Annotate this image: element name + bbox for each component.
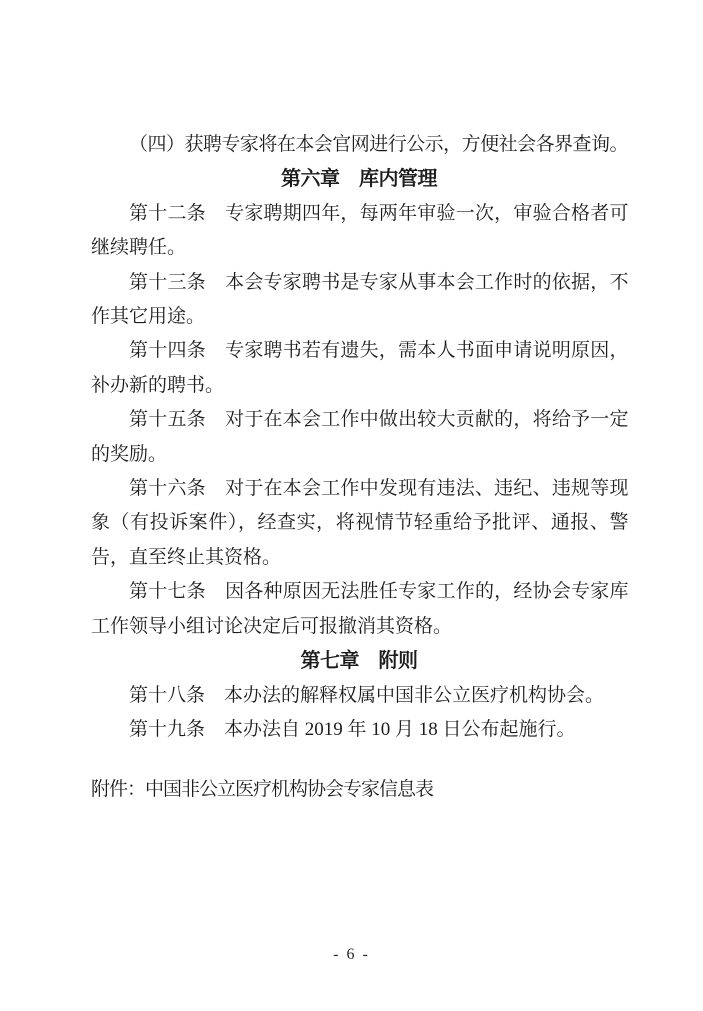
article-14-line-1: 第十四条 专家聘书若有遗失，需本人书面申请说明原因， [91, 334, 627, 368]
article-19-line: 第十九条 本办法自 2019 年 10 月 18 日公布起施行。 [91, 713, 627, 747]
article-15-line-2: 的奖励。 [91, 438, 627, 472]
article-17-line-2: 工作领导小组讨论决定后可报撤消其资格。 [91, 610, 627, 644]
article-18-line: 第十八条 本办法的解释权属中国非公立医疗机构协会。 [91, 679, 627, 713]
article-13-line-2: 作其它用途。 [91, 300, 627, 334]
article-12-line-1: 第十二条 专家聘期四年，每两年审验一次，审验合格者可 [91, 197, 627, 231]
article-17-line-1: 第十七条 因各种原因无法胜任专家工作的，经协会专家库 [91, 575, 627, 609]
document-page: （四）获聘专家将在本会官网进行公示，方便社会各界查询。 第六章 库内管理 第十二… [0, 0, 703, 1011]
chapter-six-heading: 第六章 库内管理 [91, 162, 627, 196]
article-16-line-2: 象（有投诉案件），经查实，将视情节轻重给予批评、通报、警 [91, 506, 627, 540]
article-15-line-1: 第十五条 对于在本会工作中做出较大贡献的，将给予一定 [91, 403, 627, 437]
article-16-line-1: 第十六条 对于在本会工作中发现有违法、违纪、违规等现 [91, 472, 627, 506]
page-number: - 6 - [0, 946, 703, 964]
clause-four-line: （四）获聘专家将在本会官网进行公示，方便社会各界查询。 [91, 128, 627, 162]
article-12-line-2: 继续聘任。 [91, 231, 627, 265]
text-column: （四）获聘专家将在本会官网进行公示，方便社会各界查询。 第六章 库内管理 第十二… [91, 128, 627, 808]
article-13-line-1: 第十三条 本会专家聘书是专家从事本会工作时的依据，不 [91, 266, 627, 300]
article-14-line-2: 补办新的聘书。 [91, 369, 627, 403]
attachment-note: 附件：中国非公立医疗机构协会专家信息表 [91, 773, 627, 807]
article-16-line-3: 告，直至终止其资格。 [91, 541, 627, 575]
chapter-seven-heading: 第七章 附则 [91, 644, 627, 678]
